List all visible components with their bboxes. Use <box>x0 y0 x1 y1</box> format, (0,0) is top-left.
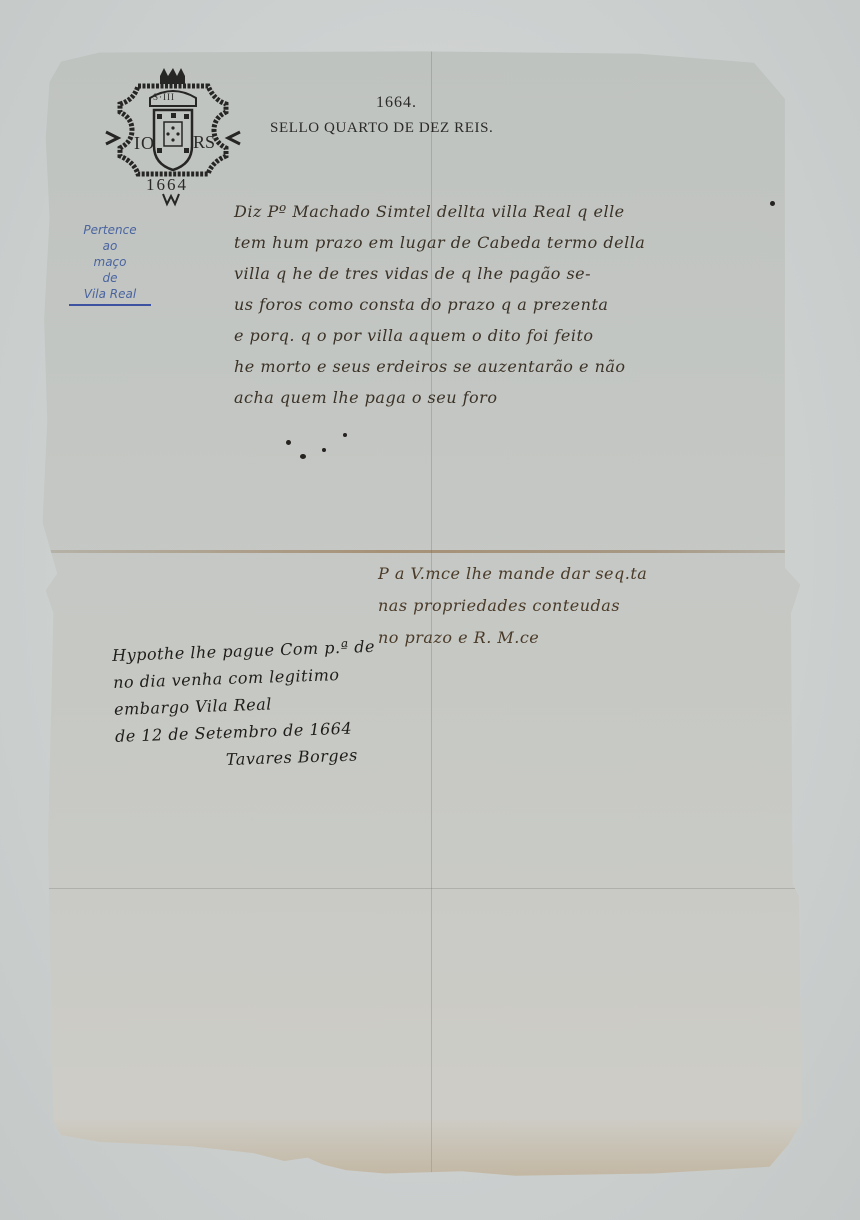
petition-line: Diz Pº Machado Simtel dellta villa Real … <box>234 196 804 227</box>
margin-note-underline <box>69 304 151 306</box>
petition-line: he morto e seus erdeiros se auzentarão e… <box>234 351 804 382</box>
stamp-value-unit: RS <box>193 132 215 153</box>
archival-margin-note: Pertence ao maço de Vila Real <box>60 222 160 306</box>
royal-seal-stamp: S·III IO RS 1664 <box>98 64 248 214</box>
document-sheet: S·III IO RS 1664 1664. SELLO QUARTO DE D… <box>38 48 808 1178</box>
header-year: 1664. <box>376 94 417 112</box>
ink-spot <box>300 454 306 459</box>
margin-note-line: maço <box>60 254 160 270</box>
petition-body: Diz Pº Machado Simtel dellta villa Real … <box>234 196 804 413</box>
margin-note-line: de <box>60 270 160 286</box>
lower-fold-line <box>38 888 808 889</box>
margin-note-line: ao <box>60 238 160 254</box>
petition-line: us foros como consta do prazo q a prezen… <box>234 289 804 320</box>
petition-line: tem hum prazo em lugar de Cabeda termo d… <box>234 227 804 258</box>
ink-spot <box>286 440 291 445</box>
petition-line: acha quem lhe paga o seu foro <box>234 382 804 413</box>
ink-spot <box>770 201 775 206</box>
stamp-paper-title: SELLO QUARTO DE DEZ REIS. <box>270 120 493 137</box>
stamp-top-text: S·III <box>153 92 175 102</box>
stamp-year: 1664 <box>146 175 188 195</box>
ink-spot <box>343 433 347 437</box>
request-line: P a V.mce lhe mande dar seq.ta <box>378 558 798 590</box>
official-dispatch: Hypothe lhe pague Com p.ª de no dia venh… <box>112 630 457 777</box>
ink-spot <box>322 448 326 452</box>
margin-note-line: Pertence <box>60 222 160 238</box>
stamp-value-number: IO <box>134 133 155 154</box>
request-line: nas propriedades conteudas <box>378 590 798 622</box>
petition-line: villa q he de tres vidas de q lhe pagão … <box>234 258 804 289</box>
horizontal-fold-stain <box>38 550 808 553</box>
petition-line: e porq. q o por villa aquem o dito foi f… <box>234 320 804 351</box>
margin-note-line: Vila Real <box>60 286 160 302</box>
